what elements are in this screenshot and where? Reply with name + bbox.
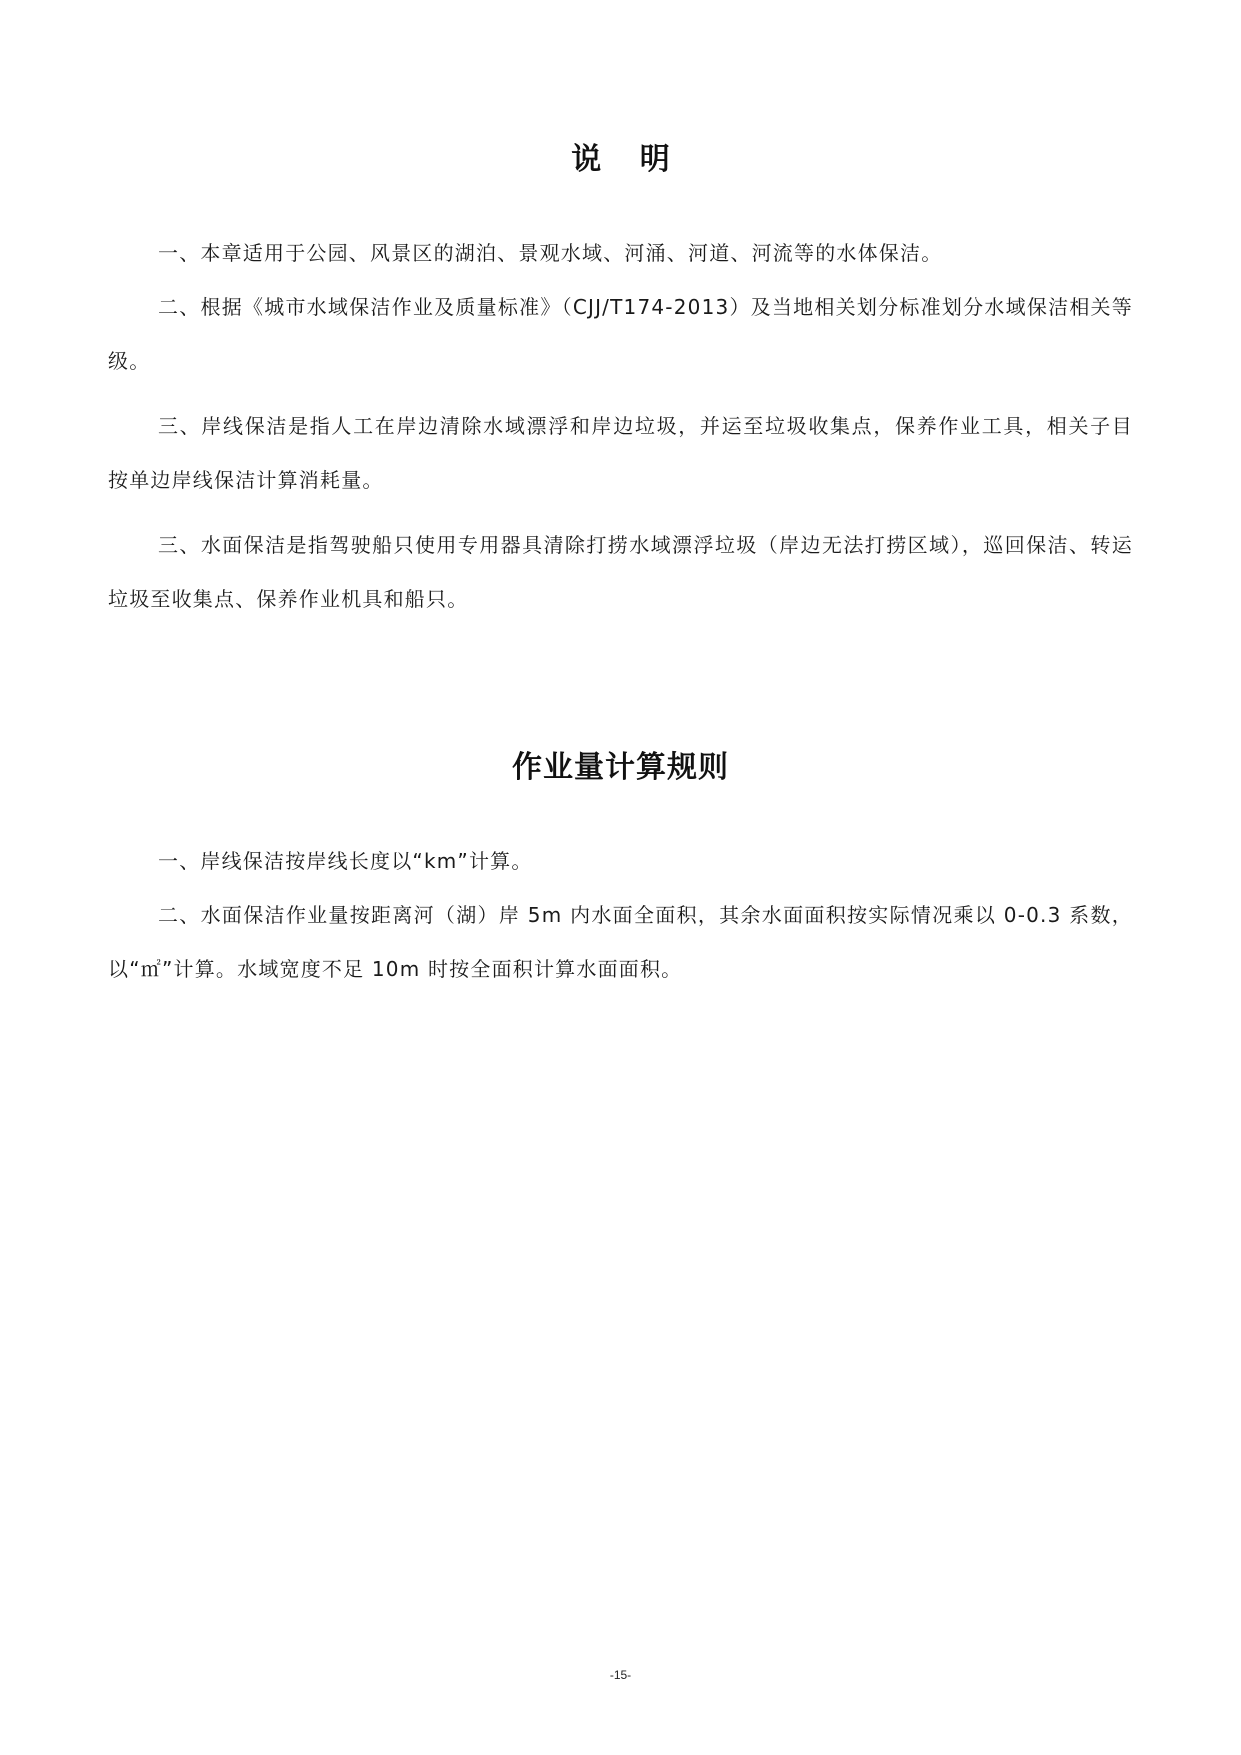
page-number: -15- [0,1668,1241,1682]
explanation-paragraph-4: 三、水面保洁是指驾驶船只使用专用器具清除打捞水域漂浮垃圾（岸边无法打捞区域），巡… [108,518,1133,626]
explanation-paragraph-1: 一、本章适用于公园、风景区的湖泊、景观水域、河涌、河道、河流等的水体保洁。 [108,226,1133,280]
section-title-calculation-rules: 作业量计算规则 [0,742,1241,786]
section-title-explanation: 说 明 [0,134,1241,178]
rules-paragraph-2: 二、水面保洁作业量按距离河（湖）岸 5m 内水面全面积，其余水面面积按实际情况乘… [108,888,1133,996]
rules-paragraph-1: 一、岸线保洁按岸线长度以“km”计算。 [108,834,1133,888]
explanation-paragraph-2: 二、根据《城市水域保洁作业及质量标准》（CJJ/T174-2013）及当地相关划… [108,280,1133,388]
explanation-paragraph-3: 三、岸线保洁是指人工在岸边清除水域漂浮和岸边垃圾，并运至垃圾收集点，保养作业工具… [108,399,1133,507]
document-page: 说 明 一、本章适用于公园、风景区的湖泊、景观水域、河涌、河道、河流等的水体保洁… [0,0,1241,1755]
